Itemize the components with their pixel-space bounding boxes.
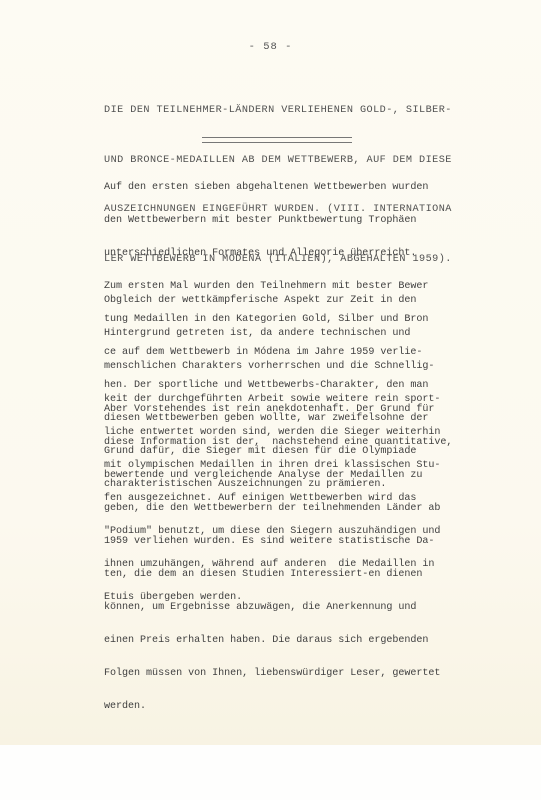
page-number: - 58 - [0,41,541,53]
heading-line: DIE DEN TEILNEHMER-LÄNDERN VERLIEHENEN G… [104,103,524,120]
text-line: bewertende und vergleichende Analyse der… [104,470,524,481]
paragraph-3: Aber Vorstehendes ist rein anekdotenhaft… [104,382,524,723]
text-line: können, um Ergebnisse abzuwägen, die Ane… [104,602,524,613]
text-line: Aber Vorstehendes ist rein anekdotenhaft… [104,404,524,415]
text-line: den Wettbewerbern mit bester Punktbewert… [104,215,524,226]
text-line: unterschiedlichen Formates und Allegorie… [104,248,524,259]
text-line: geben, die den Wettbewerbern der teilneh… [104,503,524,514]
stray-pen-mark: ˊ [294,499,299,509]
paper-edge [0,745,541,800]
text-line: ten, die dem an diesen Studien Interessi… [104,569,524,580]
text-line: werden. [104,701,524,712]
text-line: Hintergrund getreten ist, da andere tech… [104,328,524,339]
text-line: menschlichen Charakters vorherrschen und… [104,361,524,372]
text-line: Obgleich der wettkämpferische Aspekt zur… [104,295,524,306]
text-line: Folgen müssen von Ihnen, liebenswürdiger… [104,668,524,679]
text-line: Auf den ersten sieben abgehaltenen Wettb… [104,182,524,193]
text-line: diese Information ist der, nachstehend e… [104,437,524,448]
heading-underline [202,137,352,143]
text-line: 1959 verliehen wurden. Es sind weitere s… [104,536,524,547]
text-line: einen Preis erhalten haben. Die daraus s… [104,635,524,646]
